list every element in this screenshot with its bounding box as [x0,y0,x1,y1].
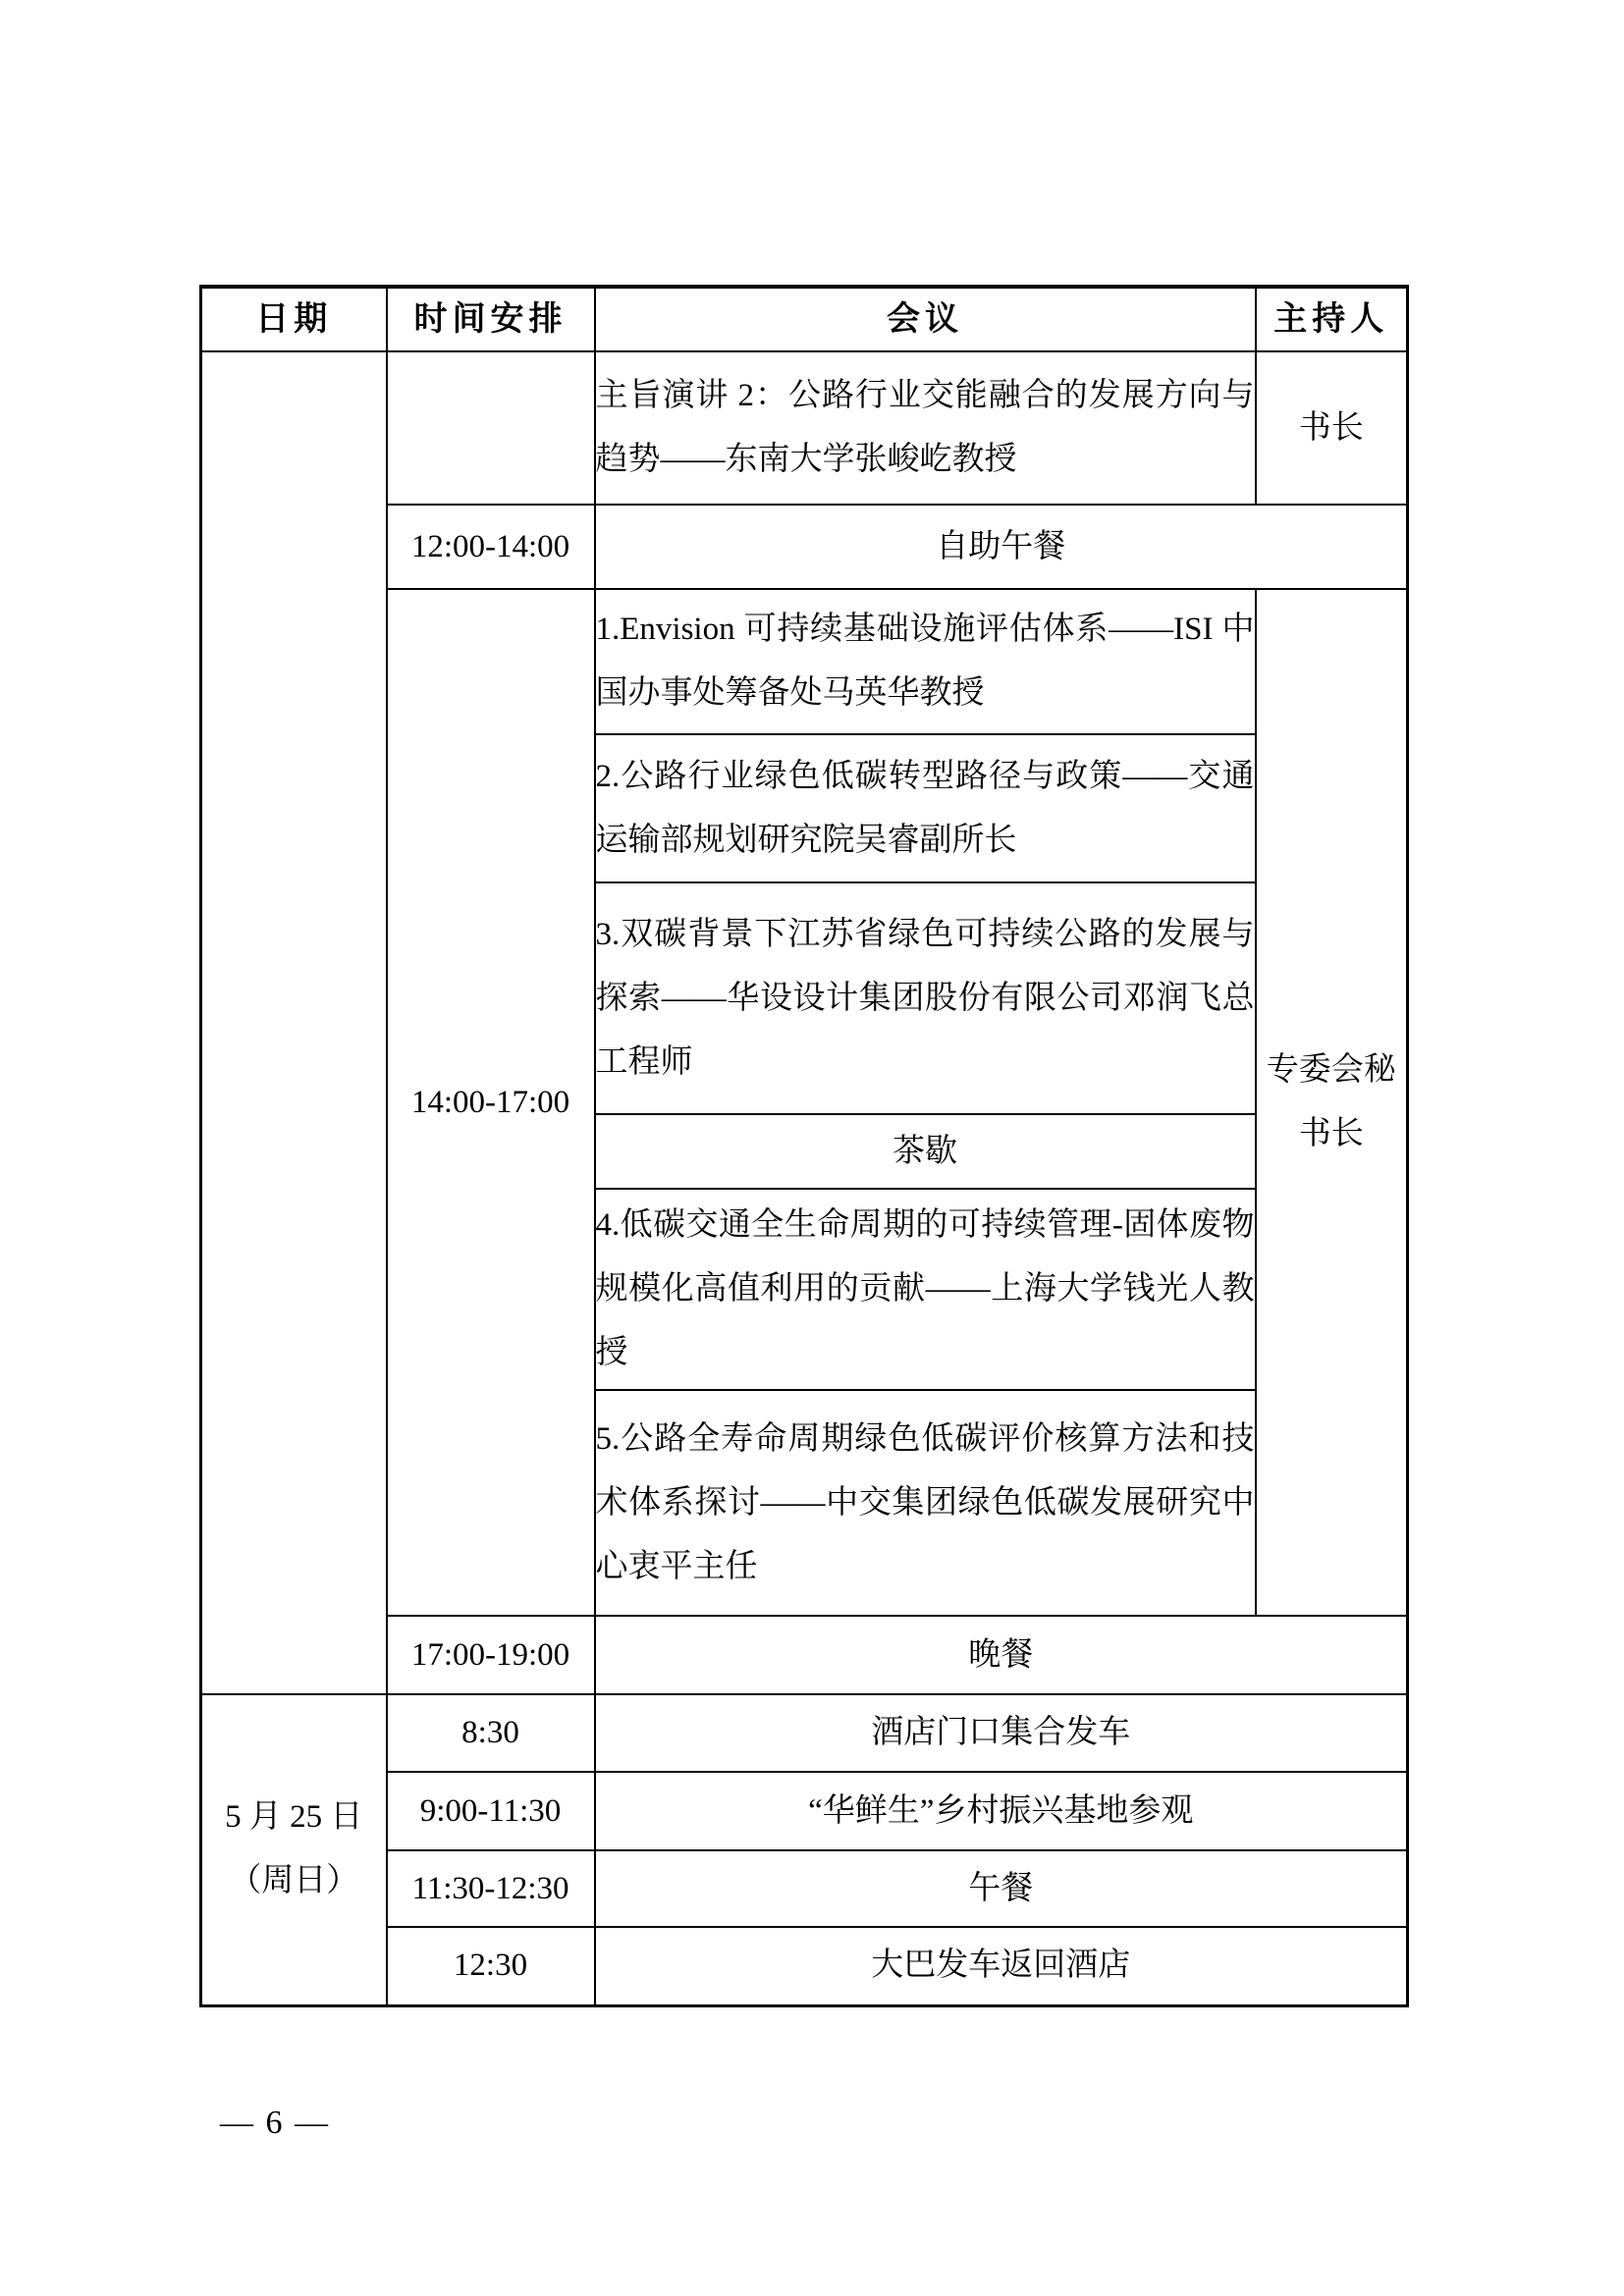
keynote-row: 主旨演讲 2：公路行业交能融合的发展方向与趋势——东南大学张峻屹教授 书长 [201,351,1408,505]
day2-activity-cell-4: 大巴发车返回酒店 [595,1927,1408,2005]
header-date: 日期 [201,287,387,351]
talk-item-2: 2.公路行业绿色低碳转型路径与政策——交通运输部规划研究院吴睿副所长 [595,734,1256,882]
dinner-content-cell: 晚餐 [595,1616,1408,1694]
lunch-time-cell: 12:00-14:00 [387,505,595,589]
page-number: — 6 — [196,2105,353,2142]
day2-activity-cell-2: “华鲜生”乡村振兴基地参观 [595,1772,1408,1850]
lunch-content-cell: 自助午餐 [595,505,1408,589]
document-page: 日期 时间安排 会议 主持人 主旨演讲 2：公路行业交能融合的发展方向与趋势——… [0,0,1624,2296]
day2-row-1: 5 月 25 日 （周日） 8:30 酒店门口集合发车 [201,1694,1408,1772]
day2-time-cell-1: 8:30 [387,1694,595,1772]
dinner-time-cell: 17:00-19:00 [387,1616,595,1694]
keynote-host-cell: 书长 [1256,351,1408,505]
day2-date-cell: 5 月 25 日 （周日） [201,1694,387,2005]
day2-activity-cell-1: 酒店门口集合发车 [595,1694,1408,1772]
header-time: 时间安排 [387,287,595,351]
afternoon-time-cell: 14:00-17:00 [387,589,595,1616]
tea-break-cell: 茶歇 [595,1114,1256,1189]
day2-date-line2: （周日） [202,1849,386,1913]
talk-item-3: 3.双碳背景下江苏省绿色可持续公路的发展与探索——华设设计集团股份有限公司邓润飞… [595,882,1256,1114]
header-host: 主持人 [1256,287,1408,351]
talk-item-5: 5.公路全寿命周期绿色低碳评价核算方法和技术体系探讨——中交集团绿色低碳发展研究… [595,1390,1256,1616]
talk-item-4: 4.低碳交通全生命周期的可持续管理-固体废物规模化高值利用的贡献——上海大学钱光… [595,1189,1256,1390]
day2-time-cell-2: 9:00-11:30 [387,1772,595,1850]
day2-date-line1: 5 月 25 日 [202,1786,386,1849]
day2-activity-cell-3: 午餐 [595,1850,1408,1927]
keynote-session-cell: 主旨演讲 2：公路行业交能融合的发展方向与趋势——东南大学张峻屹教授 [595,351,1256,505]
day2-time-cell-4: 12:30 [387,1927,595,2005]
day1-date-cell [201,351,387,1694]
keynote-time-cell [387,351,595,505]
conference-schedule-table: 日期 时间安排 会议 主持人 主旨演讲 2：公路行业交能融合的发展方向与趋势——… [199,285,1409,2007]
talk-item-1: 1.Envision 可持续基础设施评估体系——ISI 中国办事处筹备处马英华教… [595,589,1256,734]
afternoon-host-cell: 专委会秘书长 [1256,589,1408,1616]
table-header-row: 日期 时间安排 会议 主持人 [201,287,1408,351]
header-session: 会议 [595,287,1256,351]
day2-time-cell-3: 11:30-12:30 [387,1850,595,1927]
